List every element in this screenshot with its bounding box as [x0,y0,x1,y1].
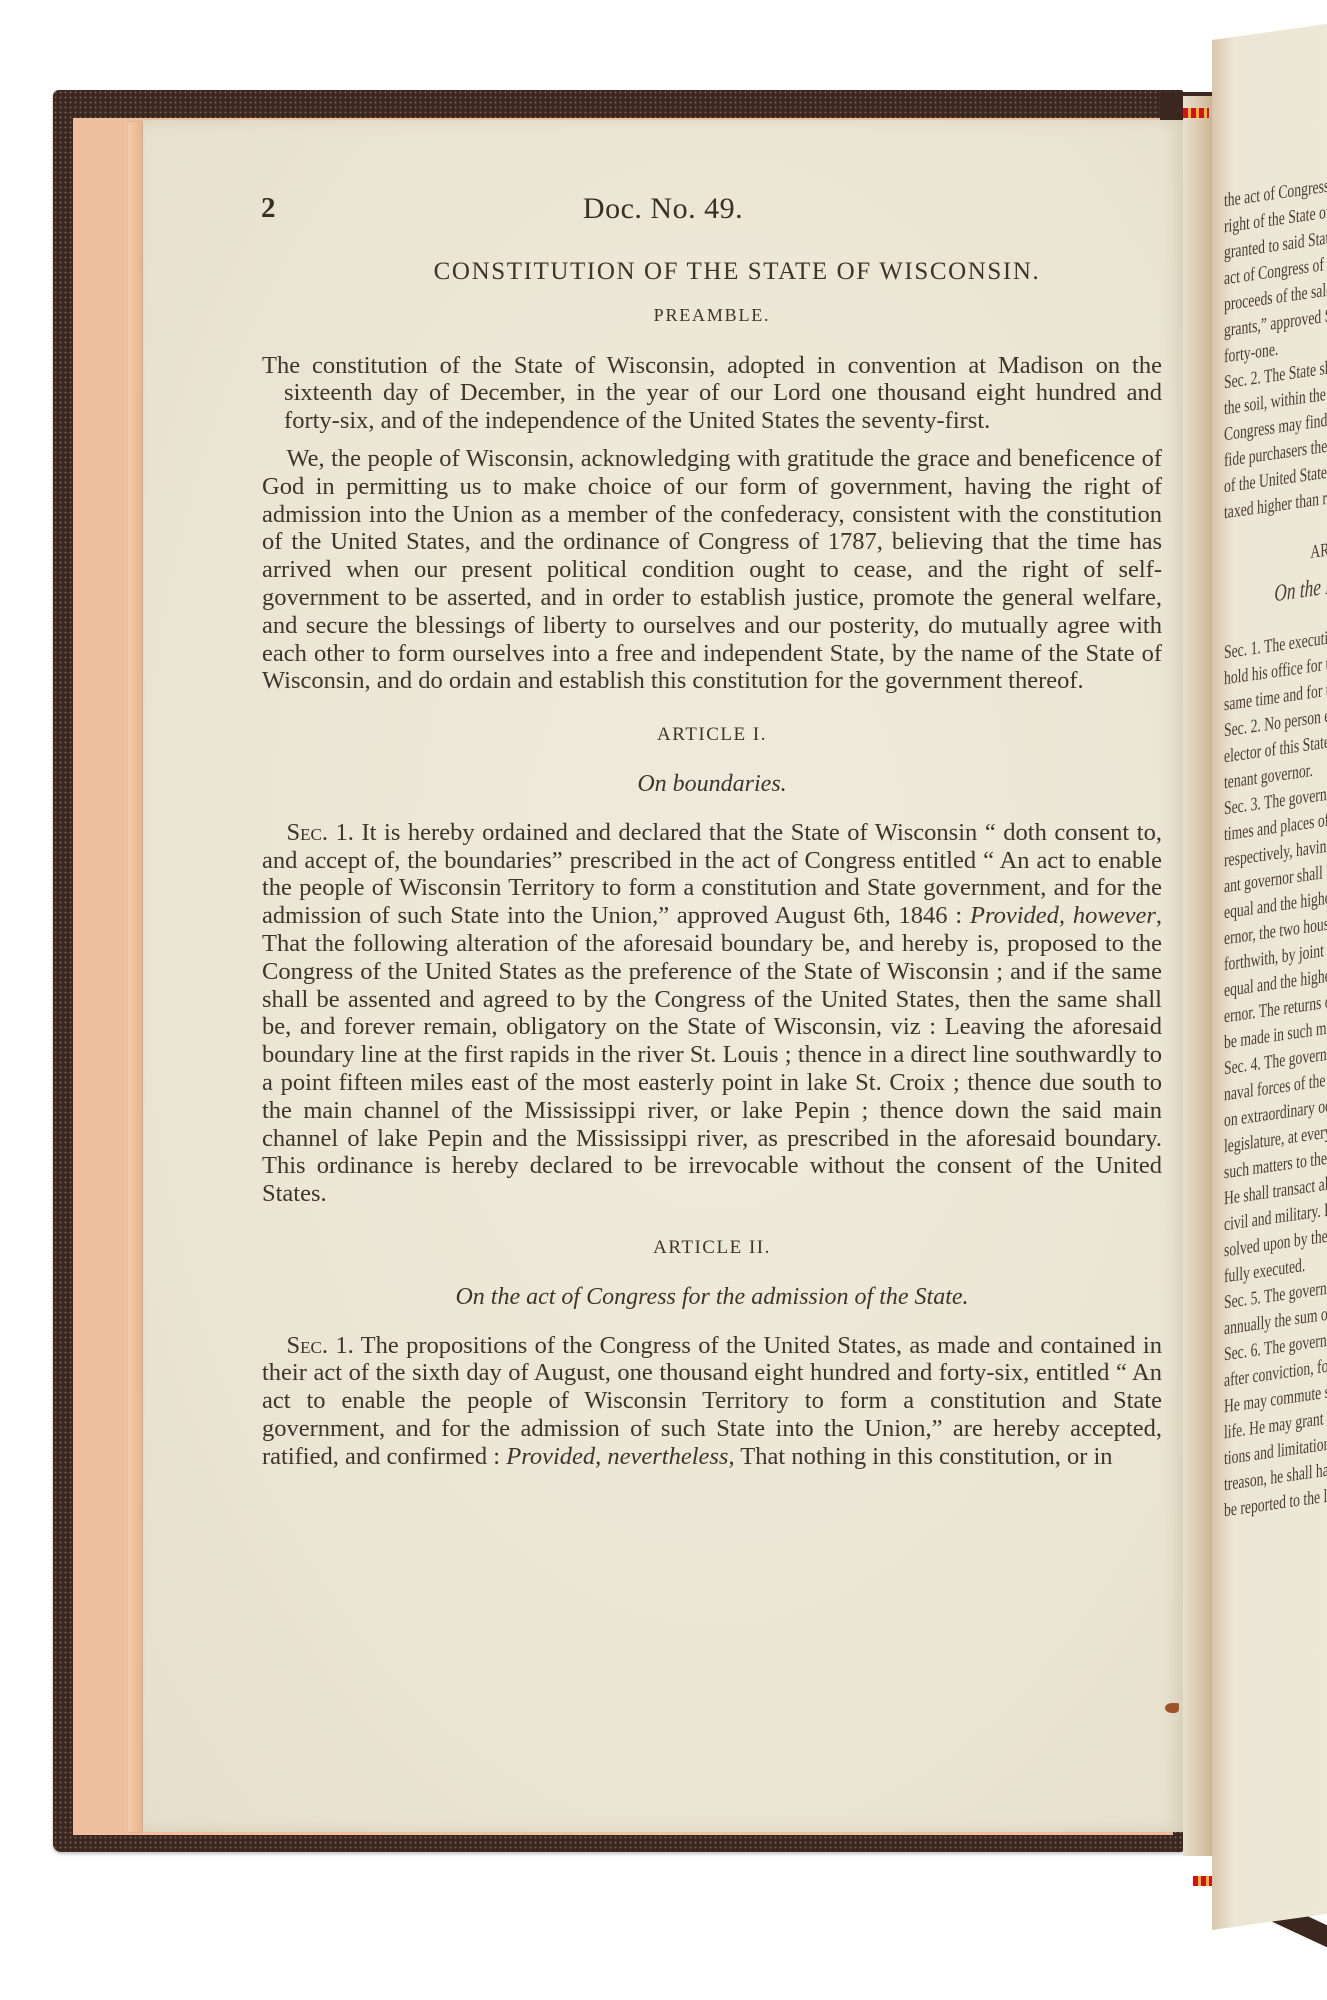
article-1-section-1: Sec. 1. It is hereby ordained and declar… [262,819,1162,1208]
document-title: CONSTITUTION OF THE STATE OF WISCONSIN. [262,258,1162,286]
section-label: Sec. 1. [287,1332,354,1359]
article-2-section-1: Sec. 1. The propositions of the Congress… [262,1332,1162,1471]
headband-top [1183,108,1209,118]
article-2-subheading: On the act of Congress for the admission… [262,1284,1162,1312]
right-page-text: the act of Congress aforesaid, right of … [1224,164,1327,1524]
article-1-subheading: On boundaries. [262,771,1162,799]
page-stain [1165,1703,1179,1713]
section-label: Sec. 1. [287,819,354,846]
running-head: 2 Doc. No. 49. [143,192,1183,232]
left-page: 2 Doc. No. 49. CONSTITUTION OF THE STATE… [143,120,1183,1832]
right-page: D the act of Congress aforesaid, right o… [1212,9,1327,1930]
preamble-heading: PREAMBLE. [262,302,1162,330]
section-text-continued: , That the following alteration of the a… [262,902,1162,1207]
section-text-continued: , That nothing in this constitution, or … [728,1443,1112,1470]
section-proviso: Provided, however [970,902,1156,929]
section-proviso: Provided, nevertheless [506,1443,728,1470]
article-2-heading: ARTICLE II. [262,1234,1162,1262]
preamble-text: We, the people of Wisconsin, acknowledgi… [262,445,1162,695]
page-body: CONSTITUTION OF THE STATE OF WISCONSIN. … [262,258,1162,1480]
gutter [1183,96,1213,1856]
document-number: Doc. No. 49. [143,192,1183,226]
preamble-intro: The constitution of the State of Wiscons… [262,352,1162,435]
endpaper-fold [128,122,142,1832]
article-1-heading: ARTICLE I. [262,721,1162,749]
